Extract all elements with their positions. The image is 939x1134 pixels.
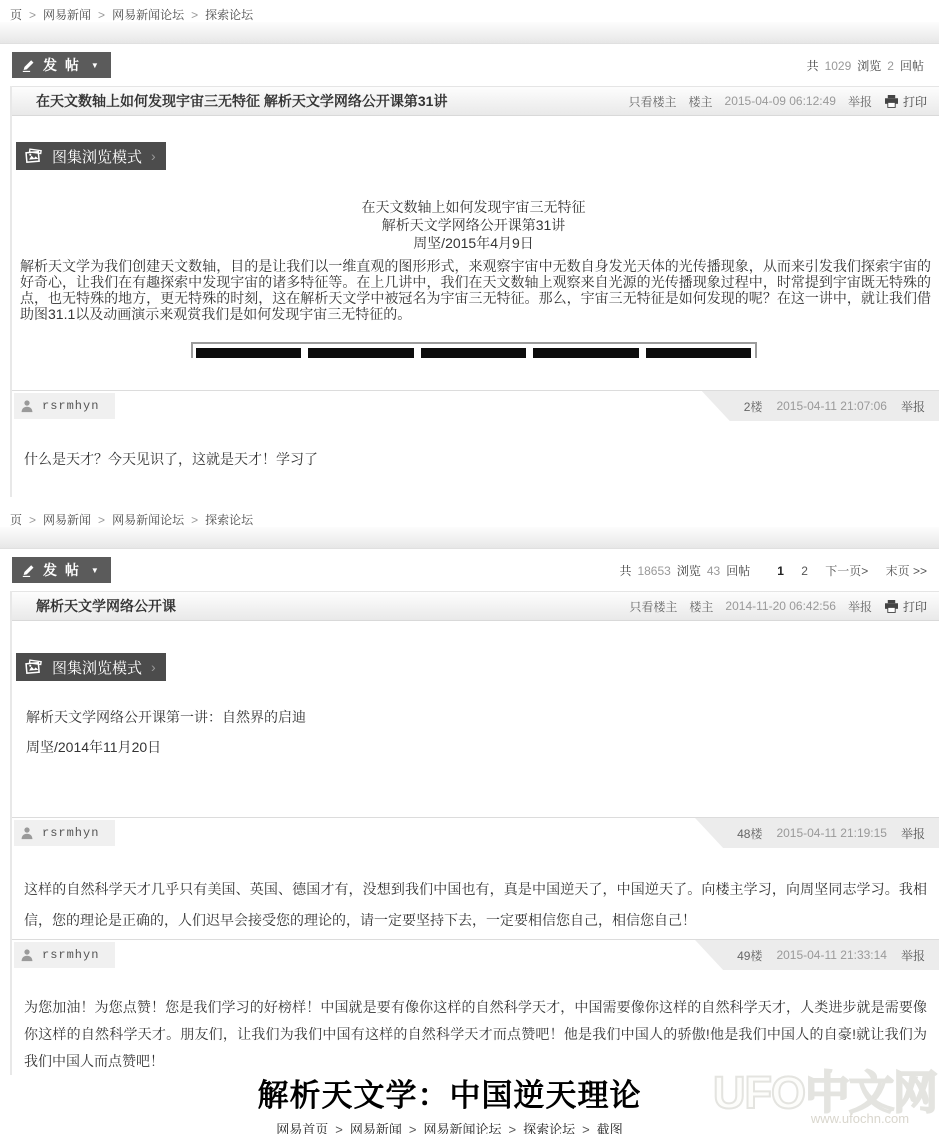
- pagination: 1 2 下一页> 末页 >>: [763, 562, 927, 579]
- thread-header-bar: 解析天文学网络公开课 只看楼主 楼主 2014-11-20 06:42:56 举…: [12, 591, 939, 621]
- reply-floor-48: rsrmhyn 48楼 2015-04-11 21:19:15 举报 这样的自然…: [12, 817, 939, 939]
- caption-title: 解析天文学：中国逆天理论: [0, 1079, 899, 1113]
- breadcrumb-item-news[interactable]: 网易新闻: [43, 8, 91, 22]
- reply-text: 为您加油！为您点赞！您是我们学习的好榜样！中国就是要有像你这样的自然科学天才，中…: [12, 970, 939, 1075]
- new-post-button[interactable]: 发 帖 ▼: [12, 557, 111, 583]
- footer-caption: 解析天文学：中国逆天理论 网易首页>网易新闻>网易新闻论坛>探索论坛>截图: [0, 1079, 939, 1134]
- last-page-link[interactable]: 末页 >>: [886, 564, 927, 578]
- post-title-line: 解析天文学网络公开课第31讲: [14, 216, 933, 234]
- divider-band: [0, 527, 939, 549]
- user-profile-link[interactable]: rsrmhyn: [14, 820, 115, 846]
- image-thumb: [421, 348, 527, 358]
- op-badge: 楼主: [689, 598, 713, 615]
- reply-username: rsrmhyn: [42, 826, 99, 840]
- breadcrumb-item-forum[interactable]: 网易新闻论坛: [112, 513, 184, 527]
- post-content: 图集浏览模式 › 在天文数轴上如何发现宇宙三无特征 解析天文学网络公开课第31讲…: [12, 116, 939, 358]
- stats-views-label: 浏览: [857, 59, 881, 73]
- breadcrumb-separator: >: [98, 8, 105, 22]
- gallery-mode-button[interactable]: 图集浏览模式 ›: [16, 142, 166, 170]
- stats-total-label: 共: [619, 564, 631, 578]
- post-body-line: 解析天文学网络公开课第一讲：自然界的启迪: [14, 707, 933, 727]
- toolbar: 发 帖 ▼ 共18653浏览43回帖 1 2 下一页> 末页 >>: [0, 549, 939, 591]
- image-thumb: [533, 348, 639, 358]
- reply-time: 2015-04-11 21:19:15: [776, 826, 887, 840]
- print-button[interactable]: 打印: [884, 598, 927, 615]
- reply-time: 2015-04-11 21:33:14: [776, 948, 887, 962]
- breadcrumb-item-explore[interactable]: 探索论坛: [205, 513, 253, 527]
- post-time: 2014-11-20 06:42:56: [725, 599, 836, 613]
- gallery-icon: [24, 659, 43, 676]
- chevron-right-icon: ›: [151, 148, 156, 164]
- chevron-right-icon: ›: [151, 659, 156, 675]
- reply-header: rsrmhyn 49楼 2015-04-11 21:33:14 举报: [12, 940, 939, 970]
- pencil-icon: [22, 564, 35, 577]
- breadcrumb-separator: >: [191, 8, 198, 22]
- chevron-down-icon[interactable]: ▼: [91, 61, 99, 70]
- thread-stats: 共18653浏览43回帖: [616, 562, 753, 579]
- breadcrumb-separator: >: [335, 1122, 343, 1134]
- image-thumb: [196, 348, 302, 358]
- user-profile-link[interactable]: rsrmhyn: [14, 393, 115, 419]
- breadcrumb-separator: >: [409, 1122, 417, 1134]
- breadcrumb-item-news[interactable]: 网易新闻: [43, 513, 91, 527]
- thread-section-2: 页>网易新闻>网易新闻论坛>探索论坛 发 帖 ▼ 共18653浏览43回帖 1 …: [0, 505, 939, 1075]
- reply-floor-49: rsrmhyn 49楼 2015-04-11 21:33:14 举报 为您加油！…: [12, 939, 939, 1075]
- reply-floor-label: 49楼: [737, 947, 762, 964]
- reply-username: rsrmhyn: [42, 948, 99, 962]
- pencil-icon: [22, 59, 35, 72]
- stats-views-label: 浏览: [677, 564, 701, 578]
- thread-title: 解析天文学网络公开课: [24, 596, 176, 616]
- report-link[interactable]: 举报: [901, 947, 925, 964]
- reply-floor-label: 2楼: [744, 398, 763, 415]
- breadcrumb-item-explore[interactable]: 探索论坛: [523, 1122, 575, 1134]
- new-post-button[interactable]: 发 帖 ▼: [12, 52, 111, 78]
- reply-meta: 49楼 2015-04-11 21:33:14 举报: [695, 940, 939, 970]
- only-op-link[interactable]: 只看楼主: [629, 598, 677, 615]
- print-label: 打印: [903, 93, 927, 110]
- post-body-text: 解析天文学为我们创建天文数轴，目的是让我们以一维直观的图形形式，来观察宇宙中无数…: [14, 258, 933, 322]
- post-title-line: 在天文数轴上如何发现宇宙三无特征: [14, 198, 933, 216]
- reply-text: 什么是天才？今天见识了，这就是天才！学习了: [12, 421, 939, 497]
- post-author-line: 周坚/2014年11月20日: [14, 737, 933, 757]
- page-1-current[interactable]: 1: [777, 564, 784, 578]
- thread-block: 在天文数轴上如何发现宇宙三无特征 解析天文学网络公开课第31讲 只看楼主 楼主 …: [10, 86, 939, 497]
- avatar-icon: [20, 948, 34, 962]
- report-link[interactable]: 举报: [848, 93, 872, 110]
- breadcrumb-item-explore[interactable]: 探索论坛: [205, 8, 253, 22]
- reply-header: rsrmhyn 48楼 2015-04-11 21:19:15 举报: [12, 818, 939, 848]
- avatar-icon: [20, 826, 34, 840]
- chevron-down-icon[interactable]: ▼: [91, 566, 99, 575]
- reply-floor-label: 48楼: [737, 825, 762, 842]
- post-image-cropped[interactable]: [191, 342, 757, 358]
- report-link[interactable]: 举报: [901, 825, 925, 842]
- breadcrumb-item-forum[interactable]: 网易新闻论坛: [112, 8, 184, 22]
- breadcrumb-separator: >: [191, 513, 198, 527]
- report-link[interactable]: 举报: [901, 398, 925, 415]
- thread-title: 在天文数轴上如何发现宇宙三无特征 解析天文学网络公开课第31讲: [24, 91, 447, 111]
- breadcrumb: 页>网易新闻>网易新闻论坛>探索论坛: [0, 0, 939, 22]
- breadcrumb-separator: >: [98, 513, 105, 527]
- stats-replies-label: 回帖: [900, 59, 924, 73]
- gallery-icon: [24, 148, 43, 165]
- new-post-label: 发 帖: [43, 55, 81, 75]
- report-link[interactable]: 举报: [848, 598, 872, 615]
- post-content: 图集浏览模式 › 解析天文学网络公开课第一讲：自然界的启迪 周坚/2014年11…: [12, 621, 939, 817]
- new-post-label: 发 帖: [43, 560, 81, 580]
- stats-total-value: 18653: [637, 564, 670, 578]
- breadcrumb-item-forum[interactable]: 网易新闻论坛: [423, 1122, 501, 1134]
- reply-meta: 48楼 2015-04-11 21:19:15 举报: [695, 818, 939, 848]
- stats-total-label: 共: [807, 59, 819, 73]
- op-badge: 楼主: [689, 93, 713, 110]
- printer-icon: [884, 600, 899, 613]
- gallery-mode-label: 图集浏览模式: [52, 146, 142, 167]
- next-page-link[interactable]: 下一页>: [825, 564, 868, 578]
- print-label: 打印: [903, 598, 927, 615]
- breadcrumb-separator: >: [509, 1122, 517, 1134]
- print-button[interactable]: 打印: [884, 93, 927, 110]
- divider-band: [0, 22, 939, 44]
- breadcrumb-item-screenshot[interactable]: 截图: [597, 1122, 623, 1134]
- page-2-link[interactable]: 2: [801, 564, 808, 578]
- thread-header-bar: 在天文数轴上如何发现宇宙三无特征 解析天文学网络公开课第31讲 只看楼主 楼主 …: [12, 86, 939, 116]
- reply-floor-2: rsrmhyn 2楼 2015-04-11 21:07:06 举报 什么是天才？…: [12, 390, 939, 497]
- stats-total-value: 1029: [825, 59, 852, 73]
- thread-stats: 共1029浏览2回帖: [804, 57, 927, 74]
- stats-views-value: 43: [707, 564, 720, 578]
- reply-username: rsrmhyn: [42, 399, 99, 413]
- reply-header: rsrmhyn 2楼 2015-04-11 21:07:06 举报: [12, 391, 939, 421]
- only-op-link[interactable]: 只看楼主: [629, 93, 677, 110]
- post-time: 2015-04-09 06:12:49: [725, 94, 836, 108]
- reply-text: 这样的自然科学天才几乎只有美国、英国、德国才有，没想到我们中国也有，真是中国逆天…: [12, 848, 939, 939]
- stats-views-value: 2: [887, 59, 894, 73]
- reply-time: 2015-04-11 21:07:06: [776, 399, 887, 413]
- breadcrumb-item-home[interactable]: 页: [10, 8, 22, 22]
- forum-page: 页>网易新闻>网易新闻论坛>探索论坛 发 帖 ▼ 共1029浏览2回帖 在天文数…: [0, 0, 939, 1134]
- reply-meta: 2楼 2015-04-11 21:07:06 举报: [702, 391, 939, 421]
- breadcrumb-item-home[interactable]: 网易首页: [276, 1122, 328, 1134]
- breadcrumb-item-home[interactable]: 页: [10, 513, 22, 527]
- printer-icon: [884, 95, 899, 108]
- breadcrumb-separator: >: [582, 1122, 590, 1134]
- post-title-lines: 在天文数轴上如何发现宇宙三无特征 解析天文学网络公开课第31讲 周坚/2015年…: [14, 198, 933, 252]
- toolbar: 发 帖 ▼ 共1029浏览2回帖: [0, 44, 939, 86]
- thread-section-1: 页>网易新闻>网易新闻论坛>探索论坛 发 帖 ▼ 共1029浏览2回帖 在天文数…: [0, 0, 939, 497]
- stats-replies-label: 回帖: [726, 564, 750, 578]
- image-thumb: [308, 348, 414, 358]
- breadcrumb-separator: >: [29, 8, 36, 22]
- post-author-line: 周坚/2015年4月9日: [14, 234, 933, 252]
- image-thumb: [646, 348, 752, 358]
- footer-breadcrumb: 网易首页>网易新闻>网易新闻论坛>探索论坛>截图: [0, 1119, 899, 1134]
- gallery-mode-button[interactable]: 图集浏览模式 ›: [16, 653, 166, 681]
- thread-block: 解析天文学网络公开课 只看楼主 楼主 2014-11-20 06:42:56 举…: [10, 591, 939, 1075]
- avatar-icon: [20, 399, 34, 413]
- breadcrumb: 页>网易新闻>网易新闻论坛>探索论坛: [0, 505, 939, 527]
- breadcrumb-item-news[interactable]: 网易新闻: [350, 1122, 402, 1134]
- gallery-mode-label: 图集浏览模式: [52, 657, 142, 678]
- breadcrumb-separator: >: [29, 513, 36, 527]
- user-profile-link[interactable]: rsrmhyn: [14, 942, 115, 968]
